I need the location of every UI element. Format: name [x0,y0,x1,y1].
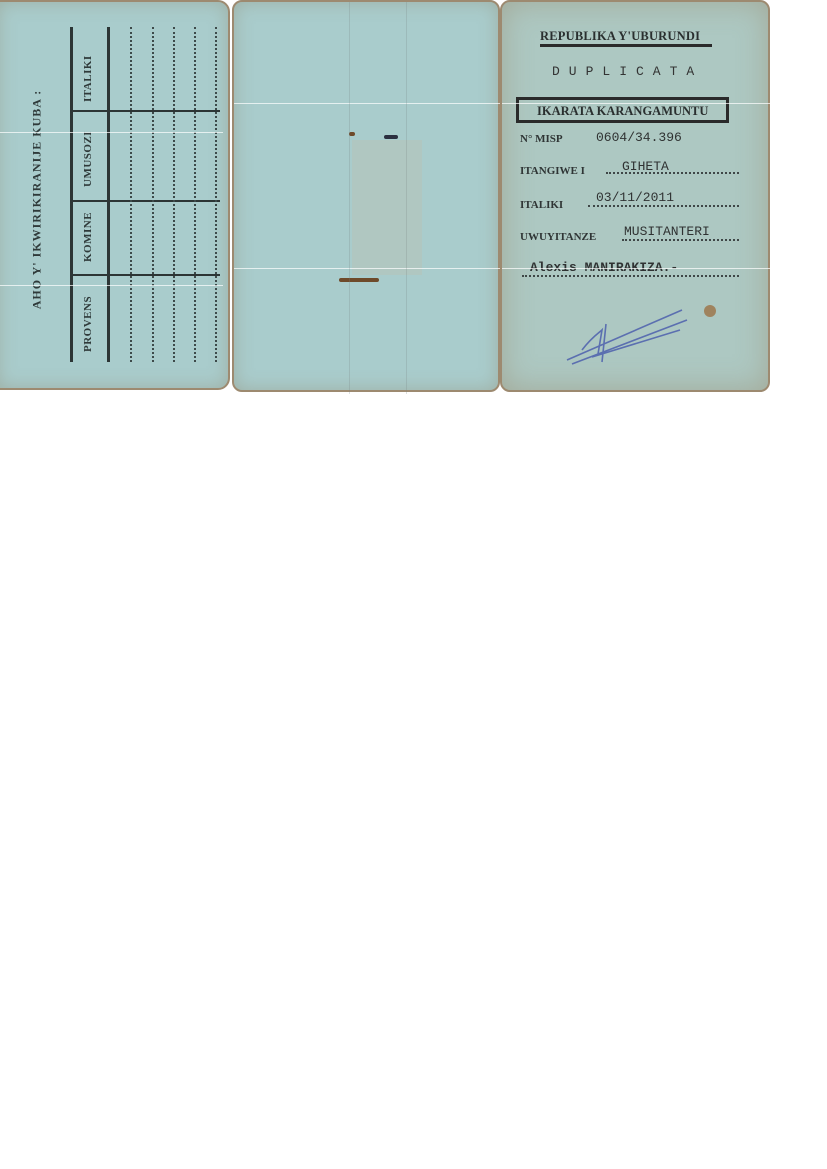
staple-mark [339,278,379,282]
date-label: ITALIKI [520,199,563,211]
right-panel: REPUBLIKA Y'UBURUNDI DUPLICATA IKARATA K… [500,0,770,392]
country-title: REPUBLIKA Y'UBURUNDI [540,29,700,44]
dotted-line [588,205,739,207]
issuer-label: UWUYITANZE [520,231,596,243]
card-type-box: IKARATA KARANGAMUNTU [516,97,729,123]
table-row-line [130,27,132,362]
crease [234,268,502,269]
signature-icon [562,302,692,372]
dotted-line [522,275,739,277]
crease [502,268,772,269]
misp-label: N° MISP [520,133,563,145]
issued-at-label: ITANGIWE I [520,165,585,177]
table-divider [70,110,220,112]
duplicate-stamp: DUPLICATA [552,64,703,79]
issuer-value: MUSITANTERI [624,224,710,239]
residence-table-title: AHO Y' IKWIRIKIRANIJE KUBA : [30,40,45,360]
photo-placeholder [352,140,422,275]
stain [704,305,716,317]
issued-at-value: GIHETA [622,159,669,174]
crease [0,132,223,133]
table-divider [70,274,220,276]
column-komine: KOMINE [82,212,94,262]
table-divider [70,200,220,202]
scanned-id-card: AHO Y' IKWIRIKIRANIJE KUBA : PROVENS KOM… [0,0,770,395]
fold-line [406,2,407,394]
column-italiki: ITALIKI [82,55,94,102]
staple-mark [384,135,398,139]
left-panel: AHO Y' IKWIRIKIRANIJE KUBA : PROVENS KOM… [0,0,230,390]
title-underline [540,44,712,47]
table-row-line [173,27,175,362]
dotted-line [622,239,739,241]
middle-panel [232,0,500,392]
table-row-line [152,27,154,362]
table-row-line [215,27,217,362]
crease [502,103,772,104]
table-border [107,27,110,362]
crease [0,285,223,286]
date-value: 03/11/2011 [596,190,674,205]
column-umusozi: UMUSOZI [82,131,94,187]
residence-table: AHO Y' IKWIRIKIRANIJE KUBA : PROVENS KOM… [12,22,224,367]
table-border [70,27,73,362]
table-row-line [194,27,196,362]
card-type-label: IKARATA KARANGAMUNTU [537,104,708,119]
column-provens: PROVENS [82,296,94,352]
fold-line [349,2,350,394]
crease [234,103,502,104]
misp-value: 0604/34.396 [596,130,682,145]
